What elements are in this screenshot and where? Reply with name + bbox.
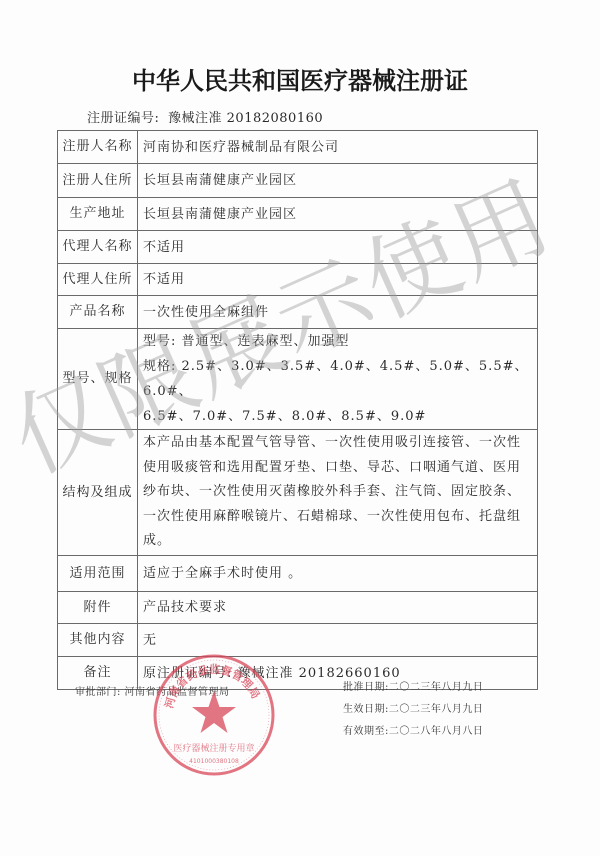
table-row: 生产地址 长垣县南蒲健康产业园区 <box>58 198 538 231</box>
official-seal-icon: 河南省药品监督管理局 医疗器械注册专用章 4101000380108 <box>152 653 276 777</box>
dates-block: 批准日期:二〇二三年八月九日 生效日期:二〇二三年八月九日 有效期至:二〇二八年… <box>343 677 483 743</box>
row-value-other: 无 <box>138 624 538 657</box>
table-row: 附件 产品技术要求 <box>58 592 538 624</box>
row-label: 附件 <box>58 592 138 624</box>
approval-date: 批准日期:二〇二三年八月九日 <box>343 677 483 699</box>
table-row: 注册人名称 河南协和医疗器械制品有限公司 <box>58 131 538 164</box>
row-value-agent-name: 不适用 <box>138 231 538 264</box>
row-value-structure: 本产品由基本配置气管导管、一次性使用吸引连接管、一次性 使用吸痰管和选用配置牙垫… <box>138 430 538 556</box>
row-label: 代理人名称 <box>58 231 138 264</box>
row-value-product-name: 一次性使用全麻组件 <box>138 296 538 329</box>
row-label: 生产地址 <box>58 198 138 231</box>
row-value-attachment: 产品技术要求 <box>138 592 538 624</box>
row-label: 适用范围 <box>58 556 138 592</box>
effective-date: 生效日期:二〇二三年八月九日 <box>343 699 483 721</box>
row-label: 注册人名称 <box>58 131 138 164</box>
row-value-model-spec: 型号: 普通型、连表麻型、加强型 规格: 2.5#、3.0#、3.5#、4.0#… <box>138 329 538 430</box>
row-value-agent-address: 不适用 <box>138 264 538 296</box>
table-row: 适用范围 适应于全麻手术时使用 。 <box>58 556 538 592</box>
svg-text:医疗器械注册专用章: 医疗器械注册专用章 <box>173 742 254 754</box>
row-value-registrant-address: 长垣县南蒲健康产业园区 <box>138 164 538 198</box>
row-label: 其他内容 <box>58 624 138 657</box>
table-row: 其他内容 无 <box>58 624 538 657</box>
table-row: 代理人名称 不适用 <box>58 231 538 264</box>
row-label: 代理人住所 <box>58 264 138 296</box>
row-value-registrant-name: 河南协和医疗器械制品有限公司 <box>138 131 538 164</box>
row-label: 结构及组成 <box>58 430 138 556</box>
row-label: 产品名称 <box>58 296 138 329</box>
row-label: 注册人住所 <box>58 164 138 198</box>
table-row: 注册人住所 长垣县南蒲健康产业园区 <box>58 164 538 198</box>
expiry-date: 有效期至:二〇二八年八月八日 <box>343 721 483 743</box>
row-value-production-address: 长垣县南蒲健康产业园区 <box>138 198 538 231</box>
certificate-table: 注册人名称 河南协和医疗器械制品有限公司 注册人住所 长垣县南蒲健康产业园区 生… <box>57 130 538 690</box>
row-value-scope: 适应于全麻手术时使用 。 <box>138 556 538 592</box>
registration-number: 注册证编号: 豫械注准 20182080160 <box>87 107 323 126</box>
table-row: 产品名称 一次性使用全麻组件 <box>58 296 538 329</box>
registration-number-value: 豫械注准 20182080160 <box>168 111 323 126</box>
table-row: 代理人住所 不适用 <box>58 264 538 296</box>
svg-text:4101000380108: 4101000380108 <box>189 758 239 765</box>
table-row: 型号、规格 型号: 普通型、连表麻型、加强型 规格: 2.5#、3.0#、3.5… <box>58 329 538 430</box>
table-row: 结构及组成 本产品由基本配置气管导管、一次性使用吸引连接管、一次性 使用吸痰管和… <box>58 430 538 556</box>
row-label: 型号、规格 <box>58 329 138 430</box>
document-title: 中华人民共和国医疗器械注册证 <box>0 61 600 96</box>
registration-number-label: 注册证编号: <box>87 111 159 126</box>
